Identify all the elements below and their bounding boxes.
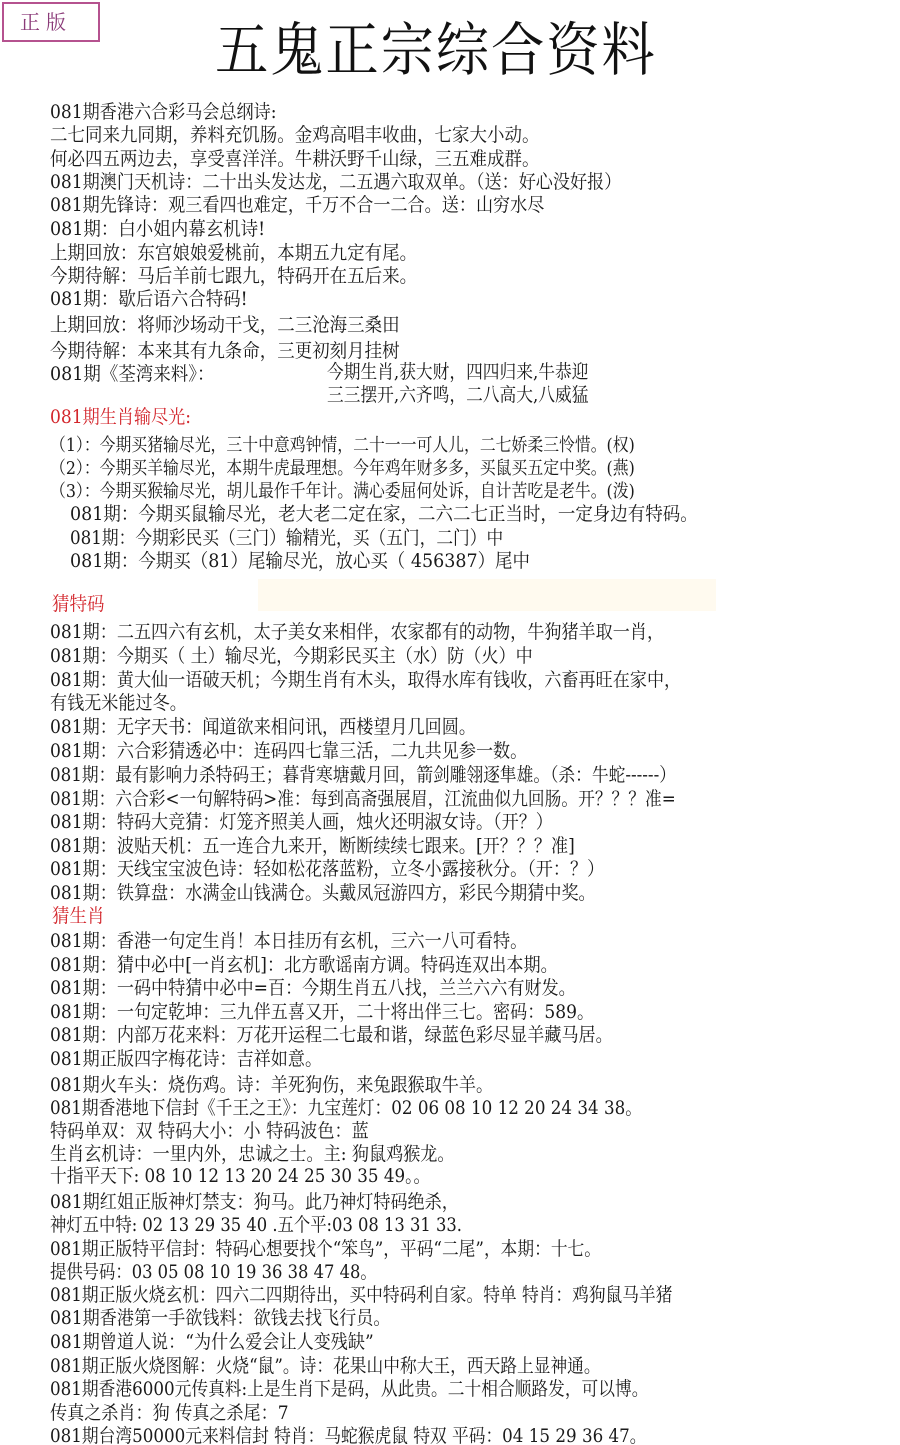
text-line: 生肖玄机诗：一里内外，忠诚之士。主: 狗鼠鸡猴龙。: [50, 1143, 455, 1166]
text-line: 081期正版四字梅花诗：吉祥如意。: [50, 1048, 322, 1071]
text-line: 提供号码：03 05 08 10 19 36 38 47 48。: [50, 1261, 377, 1284]
text-line: 十指平天下: 08 10 12 13 20 24 25 30 35 49。。: [50, 1165, 430, 1188]
section-heading: 猜特码: [52, 593, 104, 616]
text-line: 081期火车头：烧伤鸡。诗：羊死狗伤，来兔跟猴取牛羊。: [50, 1074, 493, 1097]
text-line: 081期：今期买（ 土）输尽光，今期彩民买主（水）防（火）中: [50, 645, 533, 668]
quanwan-line: 今期生肖,获大财，四四归来,牛恭迎: [327, 361, 588, 384]
text-line: （1）：今期买猪输尽光，三十中意鸡钟情，二十一一可人儿，二七娇柔三怜惜。(权): [50, 434, 635, 457]
text-line: 081期：猜中必中[一肖玄机]：北方歌谣南方调。特码连双出本期。: [50, 954, 558, 977]
text-line: 081期：一句定乾坤：三九伴五喜又开，二十将出伴三七。密码：589。: [50, 1001, 594, 1024]
page-title: 五鬼正宗综合资料: [215, 14, 657, 86]
text-line: 今期待解：马后羊前七跟九，特码开在五后来。: [50, 265, 417, 288]
text-line: 081期香港六合彩马会总纲诗:: [50, 101, 277, 124]
section-heading: 081期生肖输尽光:: [50, 406, 191, 429]
authentic-badge: 正版: [2, 2, 100, 42]
text-line: 081期：黄大仙一语破天机；今期生肖有木头，取得水库有钱收，六畜再旺在家中，: [50, 669, 681, 692]
text-line: 081期：铁算盘：水满金山钱满仓。头戴凤冠游四方，彩民今期猜中奖。: [50, 882, 596, 905]
text-line: 081期：香港一句定生肖！本日挂历有玄机，三六一八可看特。: [50, 930, 527, 953]
text-line: 二七同来九同期，养料充饥肠。金鸡高唱丰收曲，七家大小动。: [50, 124, 539, 147]
text-line: 上期回放：东宫娘娘爱桃前，本期五九定有尾。: [50, 242, 417, 265]
text-line: 081期：今期买（81）尾输尽光，放心买（ 456387）尾中: [70, 550, 530, 573]
text-line: 081期正版火烧玄机：四六二四期待出，买中特码利自家。特单 特肖：鸡狗鼠马羊猪: [50, 1284, 672, 1307]
text-line: 特码单双：双 特码大小：小 特码波色：蓝: [50, 1120, 369, 1143]
text-line: 081期：波贴天机：五一连合九来开，断断续续七跟来。[开？？？准]: [50, 835, 575, 858]
text-line: 081期：天线宝宝波色诗：轻如松花落蓝粉，立冬小露接秋分。（开：？）: [50, 858, 604, 881]
text-line: 神灯五中特: 02 13 29 35 40 .五个平:03 08 13 31 3…: [50, 1214, 462, 1237]
text-line: 081期：二五四六有玄机，太子美女来相伴，农家都有的动物，牛狗猪羊取一肖，: [50, 621, 664, 644]
text-line: 081期：白小姐内幕玄机诗!: [50, 218, 265, 241]
text-line: 081期香港6000元传真料:上是生肖下是码，从此贵。二十相合顺路发，可以博。: [50, 1378, 648, 1401]
text-line: 081期香港地下信封《千王之王》：九宝莲灯：02 06 08 10 12 20 …: [50, 1097, 642, 1120]
text-line: 081期：最有影响力杀特码王；暮背寒塘戴月回，箭剑雕翎逐隼雄。（杀：牛蛇----…: [50, 764, 676, 787]
section-heading: 猜生肖: [52, 905, 104, 928]
text-line: 081期正版特平信封：特码心想要找个“笨鸟”，平码“二尾”，本期：十七。: [50, 1238, 601, 1261]
text-line: 今期待解：本来其有九条命，三更初刻月挂树: [50, 340, 400, 363]
text-line: 081期香港第一手欲钱料：欲钱去找飞行员。: [50, 1307, 390, 1330]
highlight-banner: [258, 579, 716, 611]
text-line: 081期：歇后语六合特码!: [50, 288, 248, 311]
text-line: 081期：特码大竞猜：灯笼齐照美人画，烛火还明淑女诗。（开？）: [50, 811, 553, 834]
text-line: 081期台湾50000元来料信封 特肖：马蛇猴虎鼠 特双 平码：04 15 29…: [50, 1425, 647, 1445]
text-line: 081期：六合彩猜透必中：连码四七靠三活，二九共见参一数。: [50, 740, 527, 763]
text-line: 传真之杀肖：狗 传真之杀尾：7: [50, 1402, 289, 1425]
text-line: 081期正版火烧图解：火烧“鼠”。诗：花果山中称大王，西天路上显神通。: [50, 1355, 601, 1378]
text-line: 081期澳门天机诗：二十出头发达龙，二五遇六取双单。（送：好心没好报）: [50, 171, 621, 194]
text-line: 081期《荃湾来料》：: [50, 363, 214, 386]
text-line: 081期：无字天书：闻道欲来相问讯，西楼望月几回圆。: [50, 716, 476, 739]
text-line: 上期回放：将师沙场动干戈，二三沧海三桑田: [50, 314, 400, 337]
text-line: 081期曾道人说：“为什么爱会让人变残缺”: [50, 1331, 374, 1354]
text-line: 081期：内部万花来料：万花开运程二七最和谐，绿蓝色彩尽显羊藏马居。: [50, 1024, 613, 1047]
text-line: 何必四五两边去，享受喜洋洋。牛耕沃野千山绿，三五难成群。: [50, 148, 539, 171]
text-line: 081期：一码中特猜中必中=百：今期生肖五八找，兰兰六六有财发。: [50, 977, 576, 1000]
text-line: （3）：今期买猴输尽光，胡儿最作千年计。满心委屈何处诉，自计苦吃是老牛。(泼): [50, 480, 635, 503]
quanwan-line: 三三摆开,六齐鸣，二八高大,八威猛: [327, 384, 588, 407]
text-line: 081期：今期买鼠输尽光，老大老二定在家，二六二七正当时，一定身边有特码。: [70, 503, 698, 526]
text-line: 081期红姐正版神灯禁支：狗马。此乃神灯特码绝杀，: [50, 1191, 459, 1214]
text-line: 081期：今期彩民买（三门）输精光，买（五门，二门）中: [70, 527, 503, 550]
text-line: 081期先锋诗：观三看四也难定，千万不合一二合。送：山穷水尽: [50, 194, 544, 217]
text-line: 081期：六合彩<一句解特码>准：每到高斋强展眉，江流曲似九回肠。开？？？准=: [50, 788, 676, 811]
text-line: 有钱无米能过冬。: [50, 692, 187, 715]
text-line: （2）：今期买羊输尽光，本期牛虎最理想。今年鸡年财多多，买鼠买五定中奖。(燕): [50, 457, 635, 480]
